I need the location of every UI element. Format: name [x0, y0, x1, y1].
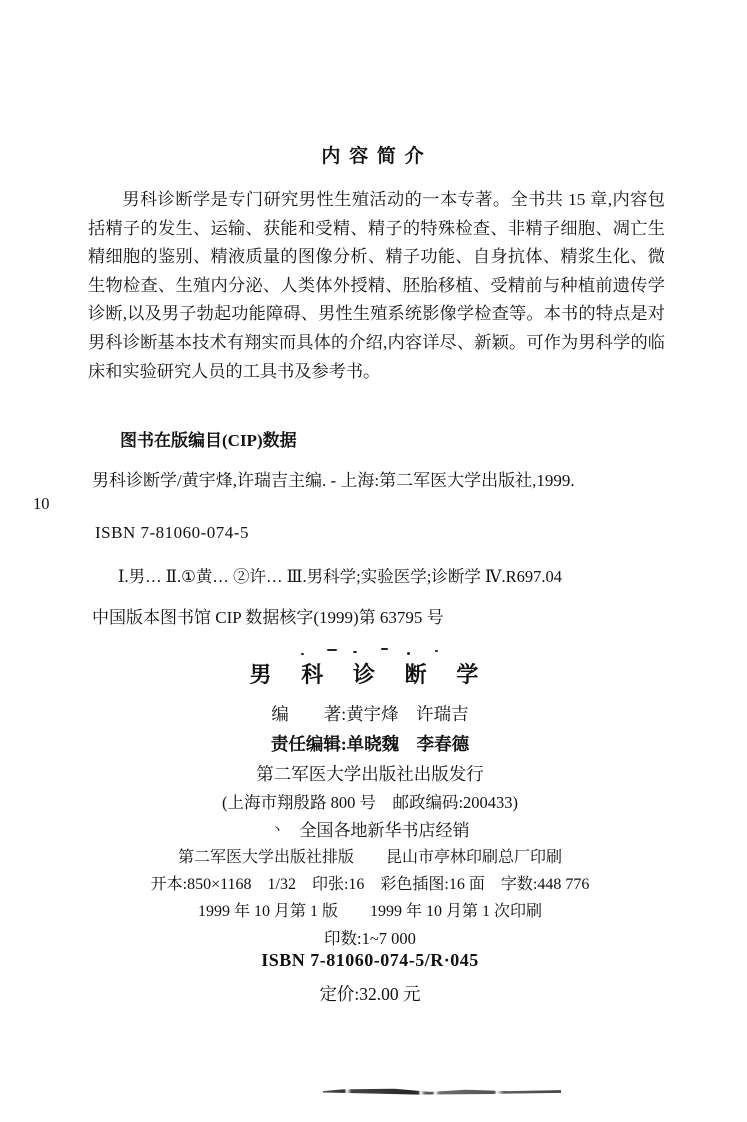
- cip-heading: 图书在版编目(CIP)数据: [120, 426, 297, 451]
- publisher-line: 第二军医大学出版社出版发行: [60, 761, 680, 786]
- cip-registry: 中国版本图书馆 CIP 数据核字(1999)第 63795 号: [92, 603, 444, 628]
- print-run-line: 印数:1~7 000: [60, 925, 680, 949]
- isbn-price-code-line: ISBN 7-81060-074-5/R·045: [60, 950, 680, 971]
- book-title: 男 科 诊 断 学: [60, 658, 680, 689]
- scan-smudge-artifact: [323, 1088, 561, 1095]
- distribution-label: 全国各地新华书店经销: [300, 821, 470, 840]
- typesetting-printing-line: 第二军医大学出版社排版 昆山市亭林印刷总厂印刷: [60, 844, 680, 867]
- cip-isbn: ISBN 7-81060-074-5: [95, 523, 249, 543]
- distribution-line: 丶全国各地新华书店经销: [60, 816, 680, 841]
- scan-speckle-artifacts: [295, 648, 465, 658]
- editors-line: 编 著:黄宇烽 许瑞吉: [60, 701, 680, 726]
- cip-entry: 男科诊断学/黄宇烽,许瑞吉主编. - 上海:第二军医大学出版社,1999.: [92, 466, 575, 491]
- price-line: 定价:32.00 元: [60, 981, 680, 1006]
- intro-paragraph: 男科诊断学是专门研究男性生殖活动的一本专著。全书共 15 章,内容包括精子的发生…: [88, 186, 665, 386]
- cip-entry-continuation: 10: [33, 494, 50, 514]
- intro-title: 内 容 简 介: [0, 141, 747, 168]
- copyright-page: 内 容 简 介 男科诊断学是专门研究男性生殖活动的一本专著。全书共 15 章,内…: [0, 0, 747, 1122]
- cip-classification: Ⅰ.男… Ⅱ.①黄… ②许… Ⅲ.男科学;实验医学;诊断学 Ⅳ.R697.04: [118, 563, 562, 587]
- edition-line: 1999 年 10 月第 1 版 1999 年 10 月第 1 次印刷: [60, 898, 680, 921]
- managing-editors-line: 责任编辑:单晓魏 李春德: [60, 731, 680, 756]
- format-line: 开本:850×1168 1/32 印张:16 彩色插图:16 面 字数:448 …: [60, 871, 680, 894]
- publisher-address: (上海市翔殷路 800 号 邮政编码:200433): [60, 789, 680, 813]
- scan-mark-artifact: 丶: [270, 819, 283, 838]
